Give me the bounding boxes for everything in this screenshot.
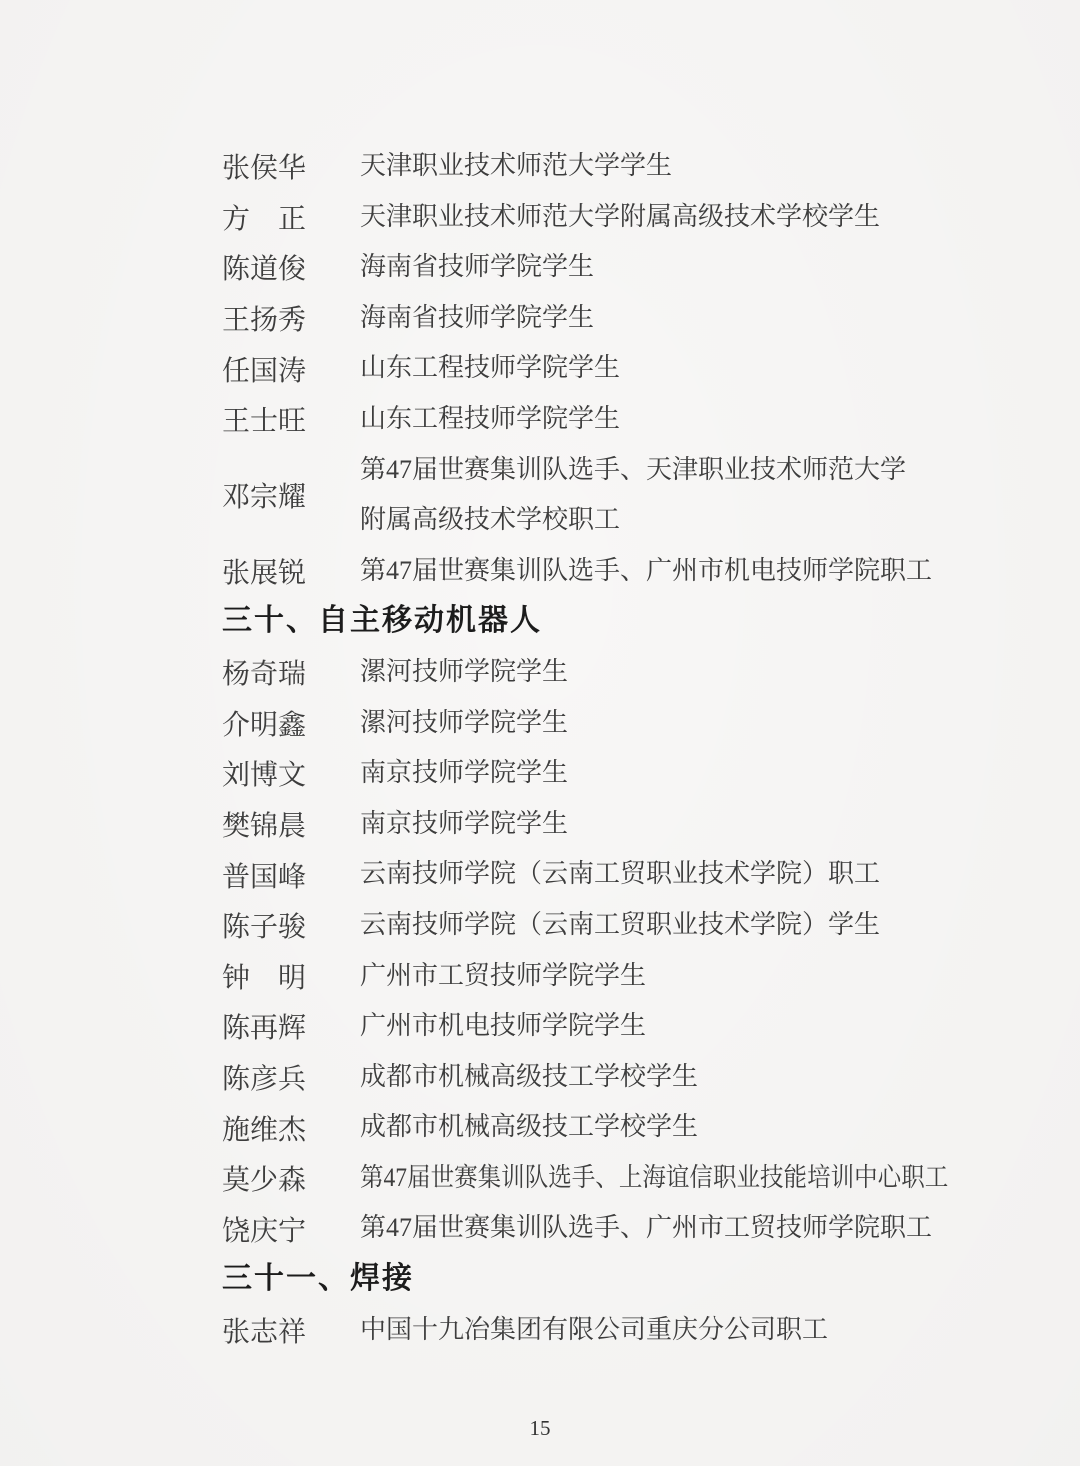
entry-affiliations: 广州市机电技师学院学生 bbox=[360, 1001, 646, 1052]
entry-affiliation-line: 漯河技师学院学生 bbox=[360, 698, 568, 749]
award-section: 张侯华 天津职业技术师范大学学生 方 正 天津职业技术师范大学附属高级技术学校学… bbox=[222, 141, 956, 596]
entry-row: 任国涛 山东工程技师学院学生 bbox=[222, 343, 956, 394]
entry-row: 方 正 天津职业技术师范大学附属高级技术学校学生 bbox=[222, 192, 956, 243]
entry-affiliations: 天津职业技术师范大学学生 bbox=[360, 141, 672, 192]
entry-affiliations: 天津职业技术师范大学附属高级技术学校学生 bbox=[360, 192, 880, 243]
entry-affiliation-line: 中国十九冶集团有限公司重庆分公司职工 bbox=[360, 1305, 828, 1356]
entry-row: 陈子骏 云南技师学院（云南工贸职业技术学院）学生 bbox=[222, 900, 956, 951]
entry-affiliation-line: 云南技师学院（云南工贸职业技术学院）职工 bbox=[360, 849, 880, 900]
entry-affiliations: 第47届世赛集训队选手、广州市工贸技师学院职工 bbox=[360, 1203, 932, 1254]
entry-name: 陈道俊 bbox=[222, 247, 306, 287]
entry-row: 张志祥 中国十九冶集团有限公司重庆分公司职工 bbox=[222, 1305, 956, 1356]
entry-name: 介明鑫 bbox=[222, 703, 306, 743]
entry-row: 陈道俊 海南省技师学院学生 bbox=[222, 242, 956, 293]
section-heading: 三十一、焊接 bbox=[222, 1254, 956, 1305]
entry-affiliation-line: 第47届世赛集训队选手、上海谊信职业技能培训中心职工 bbox=[360, 1153, 899, 1204]
entry-affiliation-line: 第47届世赛集训队选手、广州市工贸技师学院职工 bbox=[360, 1203, 932, 1254]
entry-affiliation-line: 山东工程技师学院学生 bbox=[360, 394, 620, 445]
entry-row: 王扬秀 海南省技师学院学生 bbox=[222, 293, 956, 344]
entry-affiliation-line: 第47届世赛集训队选手、天津职业技术师范大学 bbox=[360, 445, 906, 496]
section-entries: 张志祥 中国十九冶集团有限公司重庆分公司职工 bbox=[222, 1305, 956, 1356]
entry-affiliations: 云南技师学院（云南工贸职业技术学院）学生 bbox=[360, 900, 880, 951]
entry-affiliation-line: 海南省技师学院学生 bbox=[360, 293, 594, 344]
entry-affiliation-line: 南京技师学院学生 bbox=[360, 799, 568, 850]
entry-affiliation-line: 云南技师学院（云南工贸职业技术学院）学生 bbox=[360, 900, 880, 951]
entry-affiliation-line: 山东工程技师学院学生 bbox=[360, 343, 620, 394]
entry-name: 张侯华 bbox=[222, 146, 306, 186]
entry-affiliation-line: 广州市机电技师学院学生 bbox=[360, 1001, 646, 1052]
entry-row: 介明鑫 漯河技师学院学生 bbox=[222, 698, 956, 749]
section-heading: 三十、自主移动机器人 bbox=[222, 596, 956, 647]
entry-affiliation-line: 天津职业技术师范大学学生 bbox=[360, 141, 672, 192]
entry-row: 饶庆宁 第47届世赛集训队选手、广州市工贸技师学院职工 bbox=[222, 1203, 956, 1254]
entry-affiliations: 南京技师学院学生 bbox=[360, 799, 568, 850]
entry-row: 张侯华 天津职业技术师范大学学生 bbox=[222, 141, 956, 192]
entry-row: 张展锐 第47届世赛集训队选手、广州市机电技师学院职工 bbox=[222, 546, 956, 597]
entry-affiliation-line: 第47届世赛集训队选手、广州市机电技师学院职工 bbox=[360, 546, 932, 597]
entry-affiliations: 云南技师学院（云南工贸职业技术学院）职工 bbox=[360, 849, 880, 900]
entry-affiliation-line: 南京技师学院学生 bbox=[360, 748, 568, 799]
entry-name: 施维杰 bbox=[222, 1108, 306, 1148]
entry-name: 陈子骏 bbox=[222, 905, 306, 945]
entry-name: 任国涛 bbox=[222, 349, 306, 389]
entry-name: 王士旺 bbox=[222, 399, 306, 439]
entry-name: 饶庆宁 bbox=[222, 1209, 306, 1249]
entry-affiliation-line: 成都市机械高级技工学校学生 bbox=[360, 1052, 698, 1103]
entry-affiliations: 成都市机械高级技工学校学生 bbox=[360, 1052, 698, 1103]
entry-name: 陈再辉 bbox=[222, 1006, 306, 1046]
entry-affiliations: 漯河技师学院学生 bbox=[360, 647, 568, 698]
entry-affiliations: 海南省技师学院学生 bbox=[360, 293, 594, 344]
entry-affiliations: 第47届世赛集训队选手、天津职业技术师范大学 附属高级技术学校职工 bbox=[360, 445, 906, 546]
entry-affiliations: 山东工程技师学院学生 bbox=[360, 343, 620, 394]
award-section: 三十、自主移动机器人 杨奇瑞 漯河技师学院学生 介明鑫 漯河技师学院学生 刘博文… bbox=[222, 596, 956, 1254]
entry-affiliations: 南京技师学院学生 bbox=[360, 748, 568, 799]
entry-affiliations: 山东工程技师学院学生 bbox=[360, 394, 620, 445]
entry-affiliations: 第47届世赛集训队选手、上海谊信职业技能培训中心职工 bbox=[360, 1153, 956, 1204]
entry-row: 邓宗耀 第47届世赛集训队选手、天津职业技术师范大学 附属高级技术学校职工 bbox=[222, 445, 956, 546]
entry-affiliations: 漯河技师学院学生 bbox=[360, 698, 568, 749]
entry-affiliations: 广州市工贸技师学院学生 bbox=[360, 951, 646, 1002]
entry-name: 邓宗耀 bbox=[222, 475, 306, 515]
entry-affiliation-line: 漯河技师学院学生 bbox=[360, 647, 568, 698]
entry-row: 杨奇瑞 漯河技师学院学生 bbox=[222, 647, 956, 698]
page-number: 15 bbox=[0, 1416, 1080, 1441]
entry-row: 钟 明 广州市工贸技师学院学生 bbox=[222, 951, 956, 1002]
entry-affiliations: 海南省技师学院学生 bbox=[360, 242, 594, 293]
entry-affiliation-line: 海南省技师学院学生 bbox=[360, 242, 594, 293]
entry-affiliations: 成都市机械高级技工学校学生 bbox=[360, 1102, 698, 1153]
entry-affiliation-line: 广州市工贸技师学院学生 bbox=[360, 951, 646, 1002]
entry-row: 樊锦晨 南京技师学院学生 bbox=[222, 799, 956, 850]
entry-name: 刘博文 bbox=[222, 753, 306, 793]
entry-name: 王扬秀 bbox=[222, 298, 306, 338]
entry-name: 钟 明 bbox=[222, 956, 306, 996]
entry-name: 樊锦晨 bbox=[222, 804, 306, 844]
entry-name: 莫少森 bbox=[222, 1158, 306, 1198]
entry-affiliation-line: 成都市机械高级技工学校学生 bbox=[360, 1102, 698, 1153]
entry-affiliation-line: 附属高级技术学校职工 bbox=[360, 495, 906, 546]
entry-name: 方 正 bbox=[222, 197, 306, 237]
entry-row: 刘博文 南京技师学院学生 bbox=[222, 748, 956, 799]
entry-affiliations: 中国十九冶集团有限公司重庆分公司职工 bbox=[360, 1305, 828, 1356]
entry-name: 杨奇瑞 bbox=[222, 652, 306, 692]
entry-name: 陈彦兵 bbox=[222, 1057, 306, 1097]
section-entries: 杨奇瑞 漯河技师学院学生 介明鑫 漯河技师学院学生 刘博文 南京技师学院学生 樊… bbox=[222, 647, 956, 1254]
entry-affiliation-line: 天津职业技术师范大学附属高级技术学校学生 bbox=[360, 192, 880, 243]
entry-row: 莫少森 第47届世赛集训队选手、上海谊信职业技能培训中心职工 bbox=[222, 1153, 956, 1204]
entry-name: 张志祥 bbox=[222, 1310, 306, 1350]
entry-name: 张展锐 bbox=[222, 551, 306, 591]
entry-affiliations: 第47届世赛集训队选手、广州市机电技师学院职工 bbox=[360, 546, 932, 597]
sections-container: 张侯华 天津职业技术师范大学学生 方 正 天津职业技术师范大学附属高级技术学校学… bbox=[222, 141, 956, 1355]
entry-name: 普国峰 bbox=[222, 855, 306, 895]
entry-row: 陈再辉 广州市机电技师学院学生 bbox=[222, 1001, 956, 1052]
entry-row: 王士旺 山东工程技师学院学生 bbox=[222, 394, 956, 445]
entry-row: 陈彦兵 成都市机械高级技工学校学生 bbox=[222, 1052, 956, 1103]
entry-row: 普国峰 云南技师学院（云南工贸职业技术学院）职工 bbox=[222, 849, 956, 900]
entry-row: 施维杰 成都市机械高级技工学校学生 bbox=[222, 1102, 956, 1153]
award-section: 三十一、焊接 张志祥 中国十九冶集团有限公司重庆分公司职工 bbox=[222, 1254, 956, 1355]
section-entries: 张侯华 天津职业技术师范大学学生 方 正 天津职业技术师范大学附属高级技术学校学… bbox=[222, 141, 956, 596]
